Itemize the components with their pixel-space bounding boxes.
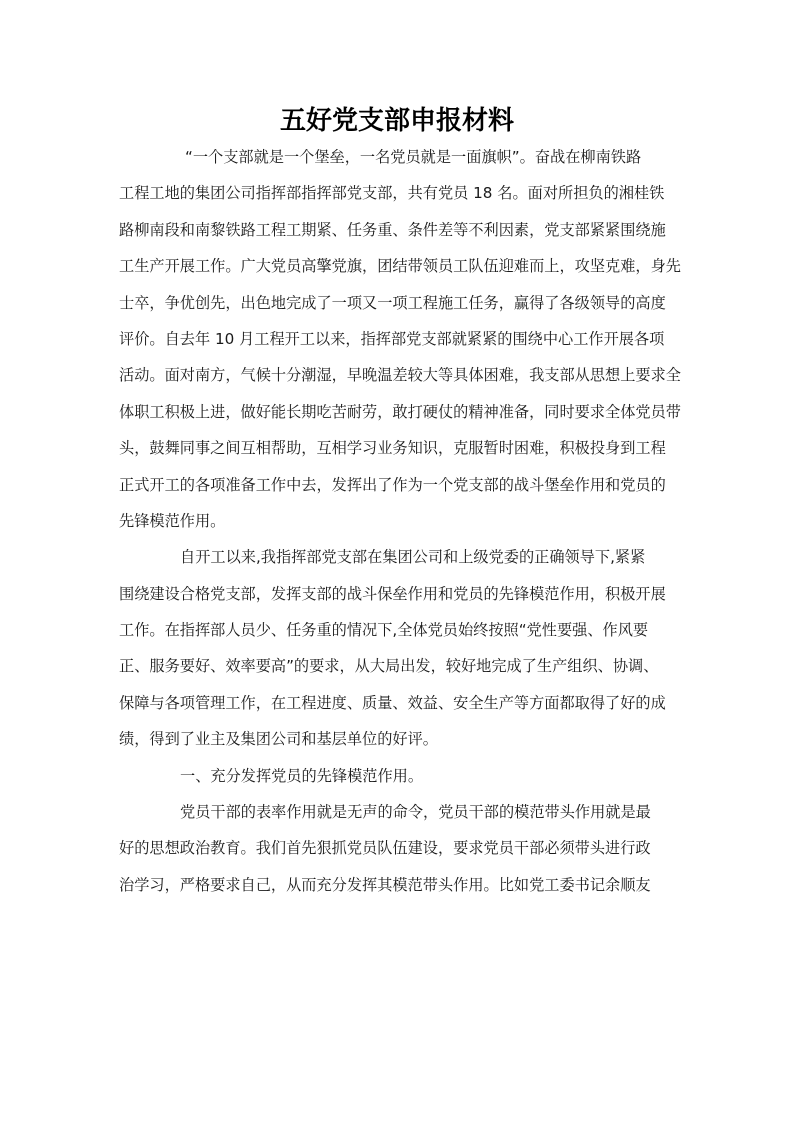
text-line: 好的思想政治教育。我们首先狠抓党员队伍建设，要求党员干部必须带头进行政: [119, 830, 675, 866]
text-line: “一个支部就是一个堡垒，一名党员就是一面旗帜”。奋战在柳南铁路: [119, 139, 675, 175]
section-heading: 一、充分发挥党员的先锋模范作用。: [119, 758, 675, 794]
paragraph-intro: “一个支部就是一个堡垒，一名党员就是一面旗帜”。奋战在柳南铁路 工程工地的集团公…: [119, 139, 675, 539]
text-line: 绩，得到了业主及集团公司和基层单位的好评。: [119, 721, 675, 757]
text-line: 工程工地的集团公司指挥部指挥部党支部，共有党员 18 名。面对所担负的湘桂铁: [119, 175, 675, 211]
text-line: 路柳南段和南黎铁路工程工期紧、任务重、条件差等不利因素，党支部紧紧围绕施: [119, 212, 675, 248]
text-line: 正、服务要好、效率要高”的要求，从大局出发，较好地完成了生产组织、协调、: [119, 648, 675, 684]
section-heading-text: 一、充分发挥党员的先锋模范作用。: [119, 758, 675, 794]
text-line: 活动。面对南方，气候十分潮湿，早晚温差较大等具体困难，我支部从思想上要求全: [119, 357, 675, 393]
text-line: 士卒，争优创先，出色地完成了一项又一项工程施工任务，赢得了各级领导的高度: [119, 285, 675, 321]
text-line: 围绕建设合格党支部，发挥支部的战斗保垒作用和党员的先锋模范作用，积极开展: [119, 576, 675, 612]
text-line: 体职工积极上进，做好能长期吃苦耐劳，敢打硬仗的精神准备，同时要求全体党员带: [119, 394, 675, 430]
paragraph-cadre-role: 党员干部的表率作用就是无声的命令，党员干部的模范带头作用就是最 好的思想政治教育…: [119, 794, 675, 903]
text-line: 评价。自去年 10 月工程开工以来，指挥部党支部就紧紧的围绕中心工作开展各项: [119, 321, 675, 357]
paragraph-since-start: 自开工以来,我指挥部党支部在集团公司和上级党委的正确领导下,紧紧 围绕建设合格党…: [119, 539, 675, 757]
text-line: 保障与各项管理工作，在工程进度、质量、效益、安全生产等方面都取得了好的成: [119, 685, 675, 721]
text-line: 工作。在指挥部人员少、任务重的情况下,全体党员始终按照“党性要强、作风要: [119, 612, 675, 648]
text-line: 正式开工的各项准备工作中去，发挥出了作为一个党支部的战斗堡垒作用和党员的: [119, 467, 675, 503]
text-line: 头，鼓舞同事之间互相帮助，互相学习业务知识，克服暂时困难，积极投身到工程: [119, 430, 675, 466]
text-line: 工生产开展工作。广大党员高擎党旗，团结带领员工队伍迎难而上，攻坚克难，身先: [119, 248, 675, 284]
text-line: 自开工以来,我指挥部党支部在集团公司和上级党委的正确领导下,紧紧: [119, 539, 675, 575]
document-page: 五好党支部申报材料 “一个支部就是一个堡垒，一名党员就是一面旗帜”。奋战在柳南铁…: [0, 0, 794, 1122]
document-body: “一个支部就是一个堡垒，一名党员就是一面旗帜”。奋战在柳南铁路 工程工地的集团公…: [119, 139, 675, 903]
text-line: 治学习，严格要求自己，从而充分发挥其模范带头作用。比如党工委书记余顺友: [119, 867, 675, 903]
text-line: 党员干部的表率作用就是无声的命令，党员干部的模范带头作用就是最: [119, 794, 675, 830]
text-line: 先锋模范作用。: [119, 503, 675, 539]
document-title: 五好党支部申报材料: [0, 104, 794, 138]
